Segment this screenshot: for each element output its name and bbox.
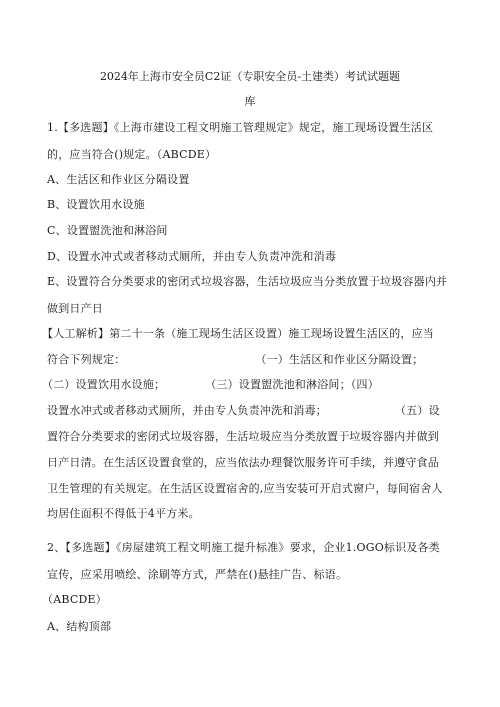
analysis-text: 设置水冲式或者移动式厕所，并由专人负责冲洗和消毒； [47,404,327,417]
question-2-answer: （ABCDE） [42,593,107,607]
q1-option-e-cont: 做到日产日 [47,302,103,316]
analysis-text: （三）设置盥洗池和淋浴间；（四） [205,378,379,391]
q1-option-d: D、设置水冲式或者移动式厕所，并由专人负责冲洗和消毒 [47,250,336,264]
question-1-stem-cont: 的，应当符合()规定。（ABCDE） [47,148,216,162]
document-title-cont: 库 [0,95,500,109]
q2-option-a: A、结构顶部 [47,620,111,634]
q1-analysis-line: 均居住面积不得低于4平方米。 [47,507,200,521]
question-2-stem-cont: 宣传，应采用喷绘、涂刷等方式，严禁在()悬挂广告、标语。 [47,568,347,582]
analysis-text: （二）设置饮用水设施； [42,378,165,391]
question-2-stem: 2、【多选题】《房屋建筑工程文明施工提升标准》要求，企业1.OGO标识及各类 [47,541,440,555]
q1-analysis-line: （二）设置饮用水设施；（三）设置盥洗池和淋浴间；（四） [42,378,379,392]
q1-option-a: A、生活区和作业区分隔设置 [47,173,190,187]
q1-analysis-line: 日产日清。在生活区设置食堂的，应当依法办理餐饮服务许可手续，并遵守食品 [47,456,439,470]
q1-analysis-line: 设置水冲式或者移动式厕所，并由专人负责冲洗和消毒；（五）设 [47,404,440,418]
question-1-stem: 1.【多选题】《上海市建设工程文明施工管理规定》规定，施工现场设置生活区 [47,121,433,135]
q1-analysis-line: 符合下列规定：（一）生活区和作业区分隔设置； [47,353,423,367]
q1-option-e: E、设置符合分类要求的密闭式垃圾容器，生活垃圾应当分类放置于垃圾容器内并 [47,275,447,289]
analysis-text: （一）生活区和作业区分隔设置； [255,353,423,366]
analysis-text: （五）设 [395,404,440,417]
q1-option-b: B、设置饮用水设施 [47,198,145,212]
q1-analysis-line: 卫生管理的有关规定。在生活区设置宿舍的,应当安装可开启式窗户，每间宿舍人 [47,482,443,496]
q1-analysis-line: 【人工解析】第二十一条（施工现场生活区设置）施工现场设置生活区的，应当 [42,327,434,341]
q1-option-c: C、设置盥洗池和淋浴间 [47,224,168,238]
document-title: 2024年上海市安全员C2证（专职安全员-土建类）考试试题题 [0,70,500,84]
analysis-text: 符合下列规定： [47,353,125,366]
q1-analysis-line: 置符合分类要求的密闭式垃圾容器，生活垃圾应当分类放置于垃圾容器内并做到 [47,430,439,444]
